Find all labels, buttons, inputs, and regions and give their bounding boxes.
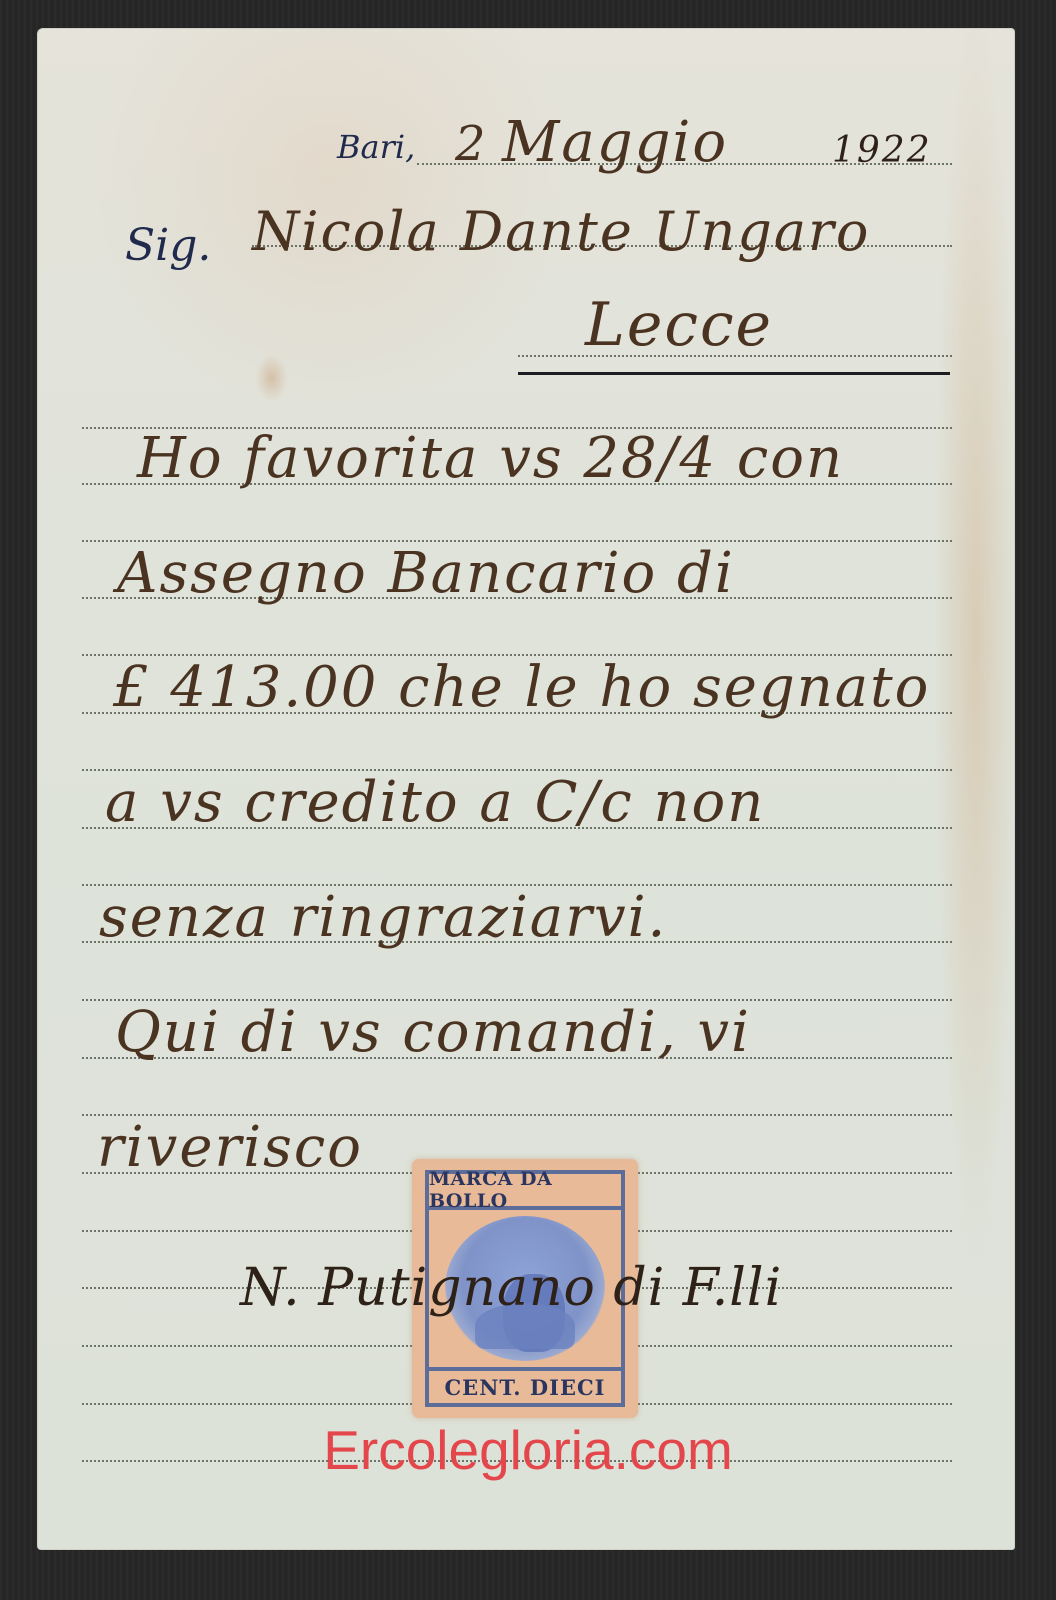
body-line-6: Qui di vs comandi, vi (115, 1000, 751, 1065)
addressee-name: Nicola Dante Ungaro (252, 200, 870, 263)
watermark-text: Ercolegloria.com (0, 1418, 1056, 1482)
body-line-7: riverisco (97, 1115, 363, 1180)
printed-salutation: Sig. (125, 220, 211, 271)
signature: N. Putignano di F.lli (240, 1258, 782, 1318)
stamp-bottom-label: CENT. DIECI (429, 1367, 621, 1403)
printed-place: Bari, (337, 128, 415, 166)
body-line-2: Assegno Bancario di (117, 541, 735, 606)
body-line-3: £ 413.00 che le ho segnato (113, 655, 930, 720)
date-year: 1922 (832, 130, 932, 171)
address-underline (518, 372, 950, 375)
body-line-5: senza ringraziarvi. (99, 885, 667, 950)
body-line-1: Ho favorita vs 28/4 con (137, 426, 844, 491)
date-day: 2 (455, 116, 488, 172)
date-month: Maggio (502, 110, 728, 175)
addressee-city: Lecce (585, 290, 773, 360)
body-line-4: a vs credito a C/c non (105, 770, 765, 835)
stamp-top-label: MARCA DA BOLLO (429, 1174, 621, 1210)
